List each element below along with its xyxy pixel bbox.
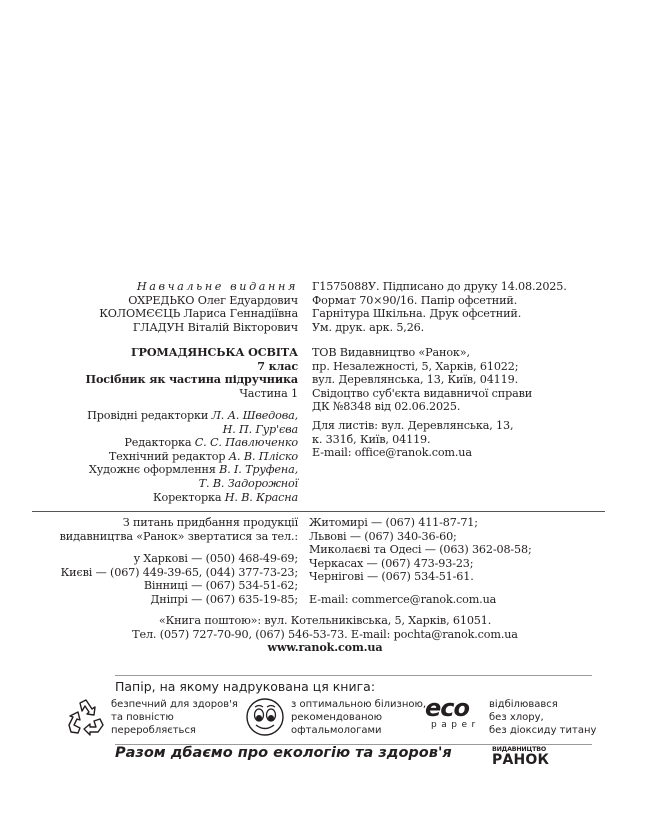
edition-type: Навчальне видання <box>40 280 298 294</box>
publisher-line: вул. Деревлянська, 13, Київ, 04119. <box>312 373 612 387</box>
author: КОЛОМЄЄЦЬ Лариса Геннадіївна <box>40 307 298 321</box>
print-info-block: Г1575088У. Підписано до друку 14.08.2025… <box>312 280 612 334</box>
phone-line: Житомирі — (067) 411-87-71; <box>309 516 609 530</box>
paper-feature: з оптимальною білизною, рекомендованою о… <box>291 699 426 737</box>
smiley-icon <box>244 696 286 738</box>
purchase-intro: видавництва «Ранок» звертатися за тел.: <box>30 530 298 544</box>
divider <box>32 511 605 512</box>
mail-order-phones: Тел. (057) 727-70-90, (067) 546-53-73. E… <box>40 628 610 642</box>
publisher-line: пр. Незалежності, 5, Харків, 61022; <box>312 360 612 374</box>
paper-title: Папір, на якому надрукована ця книга: <box>115 679 375 694</box>
publisher-line: Свідоцтво суб'єкта видавничої справи <box>312 387 612 401</box>
letters-block: Для листів: вул. Деревлянська, 13, к. 33… <box>312 419 612 460</box>
phone-line: Львові — (067) 340-36-60; <box>309 530 609 544</box>
divider <box>115 675 592 676</box>
letters-line: к. 331б, Київ, 04119. <box>312 433 612 447</box>
website-link[interactable]: www.ranok.com.ua <box>40 641 610 655</box>
book-grade: 7 клас <box>40 360 298 374</box>
print-info-line: Г1575088У. Підписано до друку 14.08.2025… <box>312 280 612 294</box>
slogan: Разом дбаємо про екологію та здоров'я <box>115 745 452 761</box>
editors-block: Провідні редакторки Л. А. Шведова, Н. П.… <box>40 409 298 504</box>
editor-credit: Художнє оформлення В. І. Труфена, <box>40 463 298 477</box>
editor-credit: Технічний редактор А. В. Пліско <box>40 450 298 464</box>
purchase-left-block: З питань придбання продукції видавництва… <box>30 516 298 607</box>
editor-credit: Провідні редакторки Л. А. Шведова, <box>40 409 298 423</box>
author: ГЛАДУН Віталій Вікторович <box>40 321 298 335</box>
print-info-line: Ум. друк. арк. 5,26. <box>312 321 612 335</box>
phone-line: Вінниці — (067) 534-51-62; <box>30 579 298 593</box>
phone-line: Дніпрі — (067) 635-19-85; <box>30 593 298 607</box>
phone-line: Чернігові — (067) 534-51-61. <box>309 570 609 584</box>
editor-credit: Редакторка С. С. Павлюченко <box>40 436 298 450</box>
purchase-intro: З питань придбання продукції <box>30 516 298 530</box>
publisher-line: ДК №8348 від 02.06.2025. <box>312 400 612 414</box>
book-title: ГРОМАДЯНСЬКА ОСВІТА <box>40 346 298 360</box>
editor-credit: Н. П. Гур'єва <box>40 423 298 437</box>
commerce-email[interactable]: E-mail: commerce@ranok.com.ua <box>309 593 609 607</box>
book-subtitle: Посібник як частина підручника <box>40 373 298 387</box>
edition-authors-block: Навчальне видання ОХРЕДЬКО Олег Едуардов… <box>40 280 298 334</box>
phone-line: Миколаєві та Одесі — (063) 362-08-58; <box>309 543 609 557</box>
book-title-block: ГРОМАДЯНСЬКА ОСВІТА 7 клас Посібник як ч… <box>40 346 298 400</box>
paper-feature: безпечний для здоров'я та повністю перер… <box>111 699 238 737</box>
recycle-icon <box>66 697 106 737</box>
ranok-logo: ВИДАВНИЦТВО РАНОК <box>492 746 547 767</box>
publisher-line: ТОВ Видавництво «Ранок», <box>312 346 612 360</box>
phone-line: Києві — (067) 449-39-65, (044) 377-73-23… <box>30 566 298 580</box>
phone-line: Черкасах — (067) 473-93-23; <box>309 557 609 571</box>
print-info-line: Гарнітура Шкільна. Друк офсетний. <box>312 307 612 321</box>
editor-credit: Т. В. Задорожної <box>40 477 298 491</box>
mail-order-block: «Книга поштою»: вул. Котельниківська, 5,… <box>40 614 610 655</box>
paper-feature: відбілювався без хлору, без діоксиду тит… <box>489 699 596 737</box>
mail-order-address: «Книга поштою»: вул. Котельниківська, 5,… <box>40 614 610 628</box>
author: ОХРЕДЬКО Олег Едуардович <box>40 294 298 308</box>
book-part: Частина 1 <box>40 387 298 401</box>
print-info-line: Формат 70×90/16. Папір офсетний. <box>312 294 612 308</box>
letters-line: Для листів: вул. Деревлянська, 13, <box>312 419 612 433</box>
editor-credit: Коректорка Н. В. Красна <box>40 491 298 505</box>
publisher-block: ТОВ Видавництво «Ранок», пр. Незалежност… <box>312 346 612 414</box>
eco-paper-logo: eco paper <box>425 697 485 737</box>
office-email[interactable]: E-mail: office@ranok.com.ua <box>312 446 612 460</box>
purchase-right-block: Житомирі — (067) 411-87-71; Львові — (06… <box>309 516 609 607</box>
phone-line: у Харкові — (050) 468-49-69; <box>30 552 298 566</box>
